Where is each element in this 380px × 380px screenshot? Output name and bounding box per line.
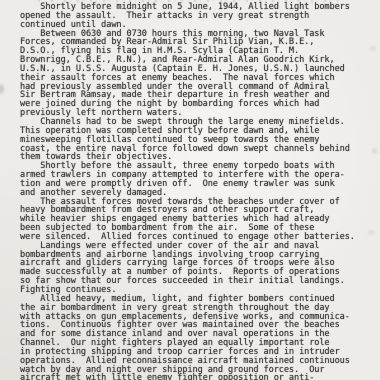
document-page: Shortly before midnight on 5 June, 1944,… <box>0 0 380 380</box>
paragraph-naval-task-forces: Between 0630 and 0730 hours this morning… <box>20 30 372 118</box>
paragraph-opening-assault: Shortly before midnight on 5 June, 1944,… <box>20 3 372 30</box>
scan-smudge <box>0 84 4 94</box>
scan-smudge <box>372 148 377 154</box>
paragraph-torpedo-boats: Shortly before the assault, three enemy … <box>20 162 372 197</box>
paragraph-bombardment: The assault forces moved towards the bea… <box>20 198 372 242</box>
paragraph-landings: Landings were effected under cover of th… <box>20 242 372 295</box>
paragraph-minesweeping: Channels had to be swept through the lar… <box>20 118 372 162</box>
document-text: Shortly before midnight on 5 June, 1944,… <box>20 3 372 380</box>
paragraph-air-operations: Allied heavy, medium, light, and fighter… <box>20 295 372 380</box>
